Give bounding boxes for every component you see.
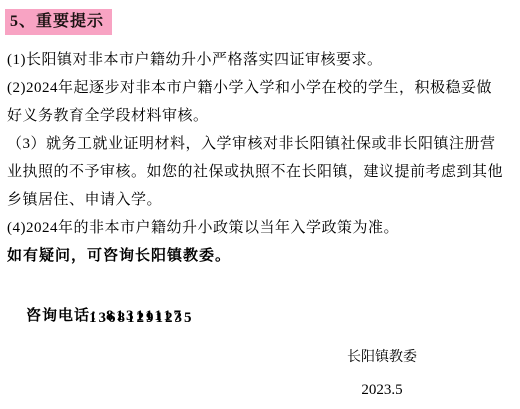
phone-number-2: 13681291235	[89, 304, 194, 332]
paragraph-line-2: (2)2024年起逐步对非本市户籍小学入学和小学在校的学生，积极稳妥做	[7, 74, 492, 102]
signature-org: 长阳镇教委	[326, 348, 438, 368]
notice-document: 5、重要提示 (1)长阳镇对非本市户籍幼升小严格落实四证审核要求。 (2)202…	[0, 0, 520, 409]
paragraph-line-6: 乡镇居住、申请入学。	[7, 186, 162, 214]
contact-phone-line: 咨询电话：81311117	[7, 274, 184, 302]
paragraph-line-1: (1)长阳镇对非本市户籍幼升小严格落实四证审核要求。	[7, 46, 383, 74]
signature-block: 长阳镇教委 2023.5	[326, 348, 438, 400]
paragraph-line-7: (4)2024年的非本市户籍幼升小政策以当年入学政策为准。	[7, 214, 399, 242]
contact-note: 如有疑问，可咨询长阳镇教委。	[7, 242, 231, 270]
paragraph-line-3: 好义务教育全学段材料审核。	[7, 102, 209, 130]
paragraph-line-5: 业执照的不予审核。如您的社保或执照不在长阳镇，建议提前考虑到其他	[7, 158, 503, 186]
section-title: 5、重要提示	[5, 9, 112, 35]
signature-date: 2023.5	[326, 380, 438, 400]
paragraph-line-4: （3）就务工就业证明材料，入学审核对非长阳镇社保或非长阳镇注册营	[7, 130, 496, 158]
